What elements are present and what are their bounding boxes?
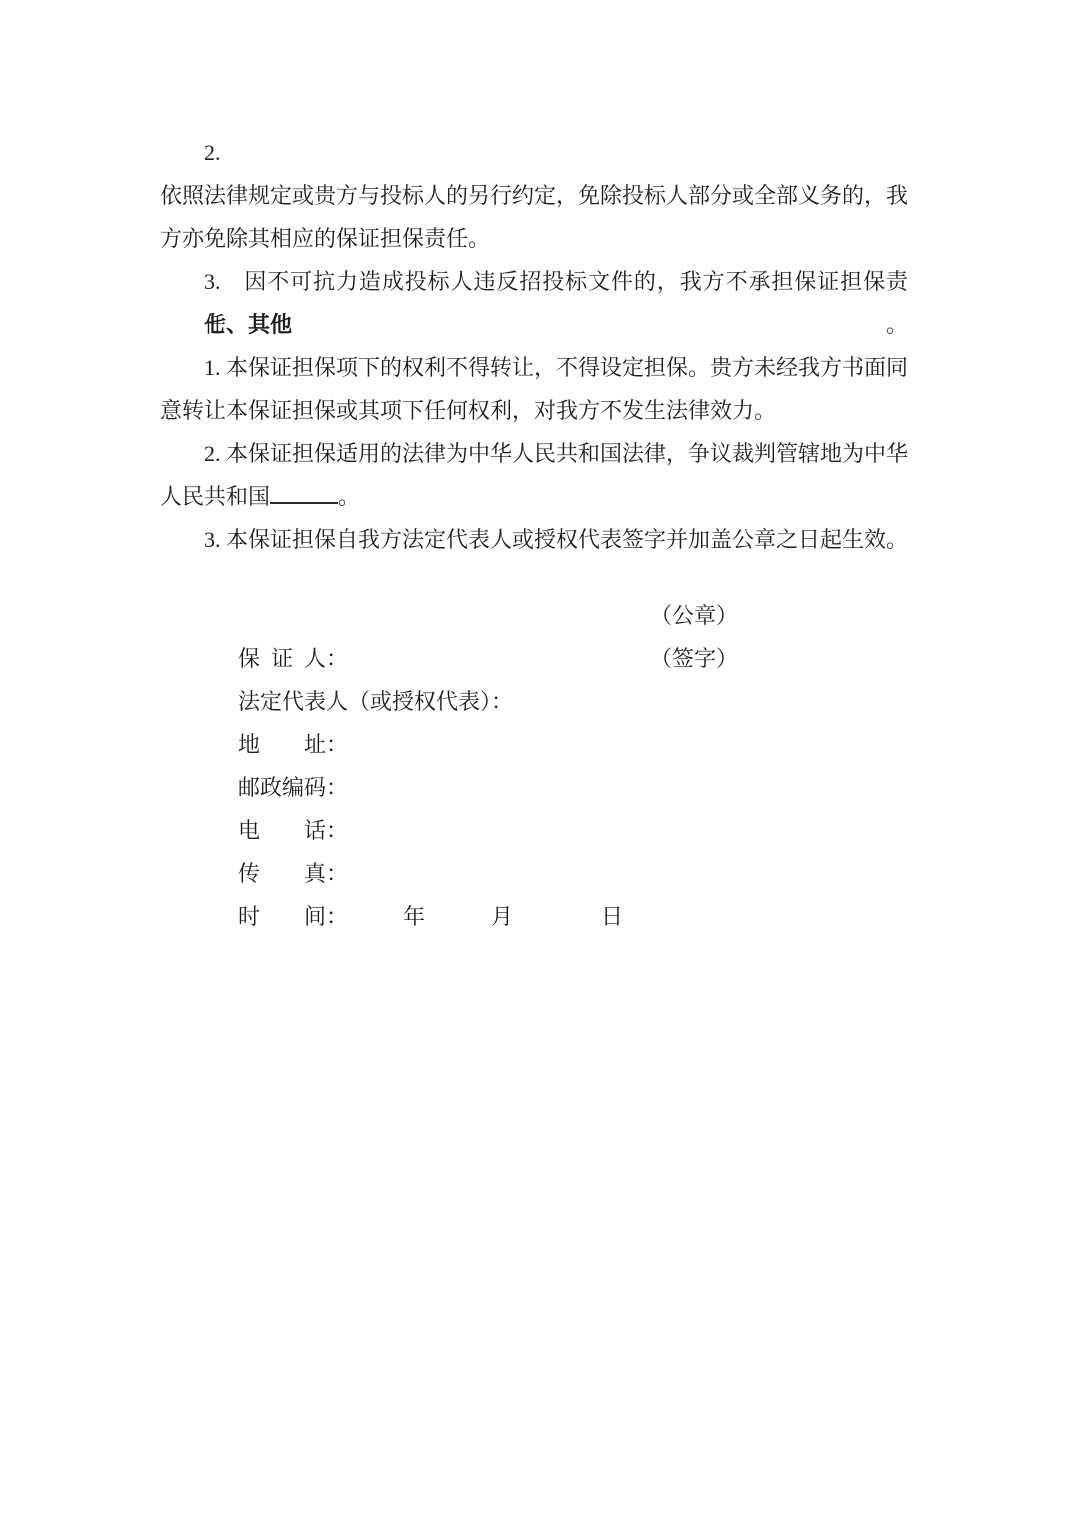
official-seal-annotation: （公章） [650,594,738,637]
legal-representative-row: 法定代表人（或授权代表）： （签字） [160,637,908,680]
document-page: 2. 依照法律规定或贵方与投标人的另行约定，免除投标人部分或全部义务的，我 方亦… [0,0,1080,1527]
clause-6-item-2-text-line-1: 依照法律规定或贵方与投标人的另行约定，免除投标人部分或全部义务的，我 [160,174,908,217]
clause-7-item-3-line: 3. 本保证担保自我方法定代表人或授权代表签字并加盖公章之日起生效。 [160,518,908,561]
signature-annotation: （签字） [650,637,738,680]
clause-7-item-2-line-2-text: 人民共和国 [160,484,270,509]
clause-7-item-2-line-2: 人民共和国。 [160,475,908,518]
clause-6-item-3-line: 3. 因不可抗力造成投标人违反招投标文件的，我方不承担保证担保责任。 [160,260,908,303]
document-content: 2. 依照法律规定或贵方与投标人的另行约定，免除投标人部分或全部义务的，我 方亦… [160,131,908,895]
address-row: 地 址： [160,680,908,723]
date-label: 时 间： 年 月 日 [238,904,623,929]
postal-code-row: 邮政编码： [160,723,908,766]
clause-7-item-1-line-2: 意转让本保证担保或其项下任何权利，对我方不发生法律效力。 [160,389,908,432]
clause-6-item-2-text-line-2: 方亦免除其相应的保证担保责任。 [160,217,908,260]
clause-6-item-2-number: 2. [160,131,908,174]
section-gap [160,561,908,594]
clause-7-item-2-line-1: 2. 本保证担保适用的法律为中华人民共和国法律，争议裁判管辖地为中华 [160,432,908,475]
guarantor-row: 保 证 人： （公章） [160,594,908,637]
fax-row: 传 真： [160,809,908,852]
phone-row: 电 话： [160,766,908,809]
fill-in-blank-line [270,484,338,504]
clause-7-item-2-line-2-suffix: 。 [338,484,360,509]
clause-7-item-1-line-1: 1. 本保证担保项下的权利不得转让，不得设定担保。贵方未经我方书面同 [160,346,908,389]
date-row: 时 间： 年 月 日 [160,852,908,895]
